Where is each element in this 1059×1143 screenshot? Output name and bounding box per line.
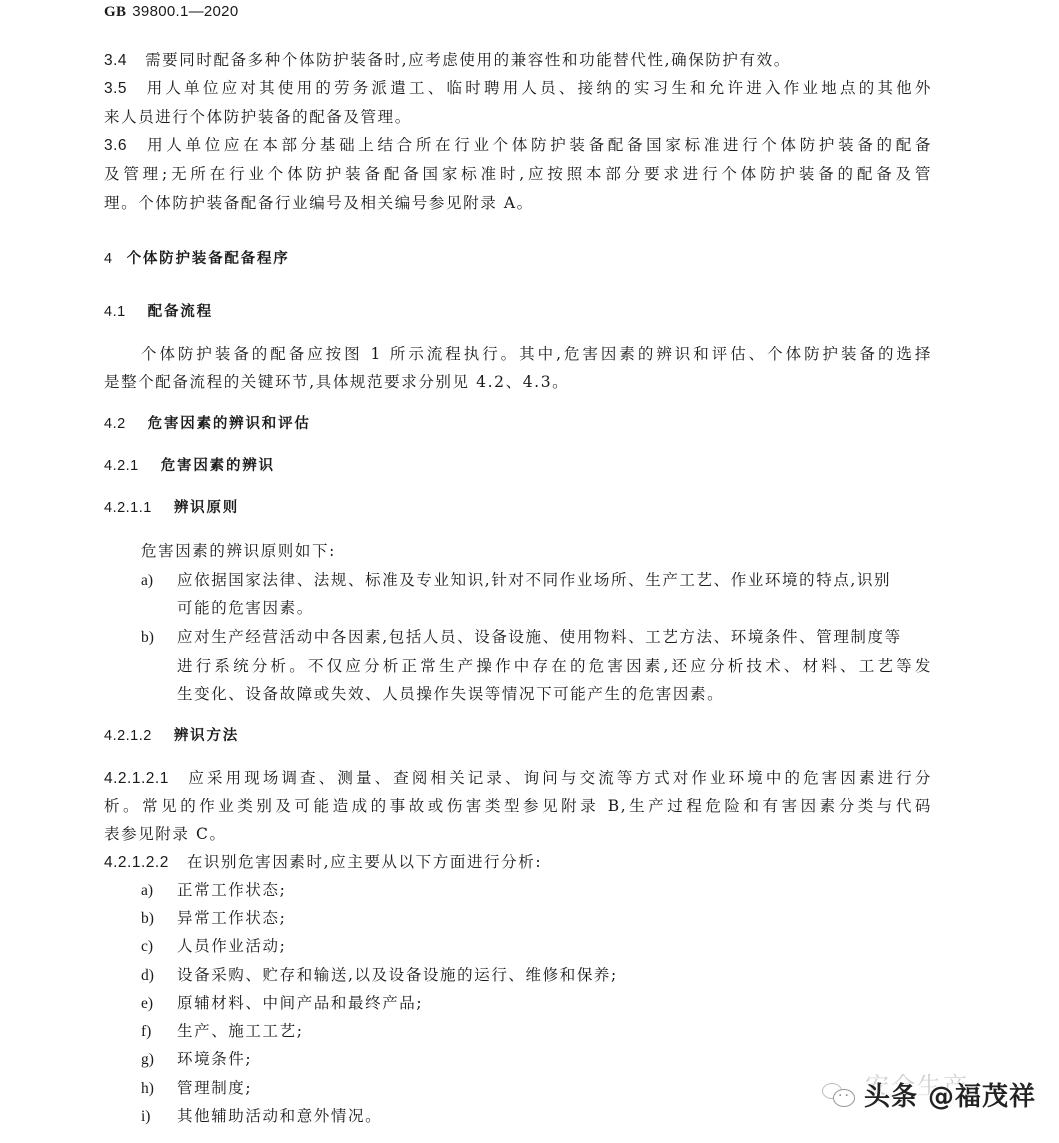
heading-number: 4.2.1 — [104, 456, 139, 476]
standard-prefix: GB — [104, 4, 126, 20]
item-text: 设备采购、贮存和输送,以及设备设施的运行、维修和保养; — [177, 966, 618, 984]
item-text: 其他辅助活动和意外情况。 — [177, 1107, 382, 1125]
heading-title: 辨识原则 — [174, 500, 239, 516]
item-label: a) — [141, 571, 177, 591]
clause-text: 应采用现场调查、测量、查阅相关记录、询问与交流等方式对作业环境中的危害因素进行分 — [187, 769, 932, 787]
heading-number: 4 — [104, 249, 113, 269]
principle-item-a-cont: 可能的危害因素。 — [177, 598, 932, 618]
analysis-item-b: b)异常工作状态; — [141, 908, 981, 929]
heading-title: 配备流程 — [148, 304, 213, 320]
item-text: 原辅材料、中间产品和最终产品; — [177, 994, 423, 1012]
clause-4-2-1-2-2: 4.2.1.2.2在识别危害因素时,应主要从以下方面进行分析: — [104, 852, 944, 873]
item-text: 生产、施工工艺; — [177, 1022, 304, 1040]
item-label: b) — [141, 628, 177, 648]
item-text: 管理制度; — [177, 1079, 252, 1097]
principles-intro: 危害因素的辨识原则如下: — [141, 541, 981, 561]
clause-4-2-1-2-1-cont-1: 析。常见的作业类别及可能造成的事故或伤害类型参见附录 B,生产过程危险和有害因素… — [104, 796, 932, 816]
clause-text: 需要同时配备多种个体防护装备时,应考虑使用的兼容性和功能替代性,确保防护有效。 — [145, 51, 791, 69]
clause-3-4: 3.4需要同时配备多种个体防护装备时,应考虑使用的兼容性和功能替代性,确保防护有… — [104, 50, 944, 71]
heading-section-4-1: 4.1配备流程 — [104, 302, 944, 322]
heading-title: 辨识方法 — [174, 728, 239, 744]
watermark: 头条 @福茂祥 — [820, 1076, 1036, 1113]
analysis-item-a: a)正常工作状态; — [141, 880, 981, 901]
heading-title: 危害因素的辨识和评估 — [148, 416, 311, 432]
clause-3-6-cont-1: 及管理;无所在行业个体防护装备配备国家标准时,应按照本部分要求进行个体防护装备的… — [104, 164, 932, 184]
heading-section-4-2-1-2: 4.2.1.2辨识方法 — [104, 726, 944, 746]
heading-number: 4.1 — [104, 302, 126, 322]
heading-number: 4.2.1.1 — [104, 498, 152, 518]
item-label: d) — [141, 966, 177, 986]
analysis-item-f: f)生产、施工工艺; — [141, 1021, 981, 1042]
item-text: 正常工作状态; — [177, 881, 286, 899]
item-text: 人员作业活动; — [177, 937, 286, 955]
clause-number: 3.4 — [104, 51, 127, 71]
item-text: 环境条件; — [177, 1050, 252, 1068]
standard-number: 39800.1—2020 — [132, 3, 238, 20]
clause-text: 在识别危害因素时,应主要从以下方面进行分析: — [187, 853, 542, 871]
heading-section-4-2: 4.2危害因素的辨识和评估 — [104, 414, 944, 434]
clause-number: 4.2.1.2.2 — [104, 853, 169, 873]
clause-4-2-1-2-1: 4.2.1.2.1应采用现场调查、测量、查阅相关记录、询问与交流等方式对作业环境… — [104, 768, 932, 789]
analysis-item-g: g)环境条件; — [141, 1049, 981, 1070]
item-label: h) — [141, 1079, 177, 1099]
clause-number: 3.5 — [104, 79, 127, 99]
section-4-1-paragraph-2: 是整个配备流程的关键环节,具体规范要求分别见 4.2、4.3。 — [104, 372, 944, 392]
heading-number: 4.2.1.2 — [104, 726, 152, 746]
clause-3-6: 3.6用人单位应在本部分基础上结合所在行业个体防护装备配备国家标准进行个体防护装… — [104, 135, 932, 156]
clause-3-6-cont-2: 理。个体防护装备配备行业编号及相关编号参见附录 A。 — [104, 193, 944, 213]
clause-number: 4.2.1.2.1 — [104, 769, 169, 789]
item-label: b) — [141, 909, 177, 929]
document-page: GB39800.1—2020 3.4需要同时配备多种个体防护装备时,应考虑使用的… — [0, 0, 1059, 1143]
item-label: g) — [141, 1050, 177, 1070]
principle-item-a: a)应依据国家法律、法规、标准及专业知识,针对不同作业场所、生产工艺、作业环境的… — [141, 570, 932, 591]
watermark-text: 头条 @福茂祥 — [864, 1076, 1036, 1113]
principle-item-b-cont-1: 进行系统分析。不仅应分析正常生产操作中存在的危害因素,还应分析技术、材料、工艺等… — [177, 656, 932, 676]
analysis-item-e: e)原辅材料、中间产品和最终产品; — [141, 993, 981, 1014]
clause-number: 3.6 — [104, 136, 127, 156]
clause-3-5: 3.5用人单位应对其使用的劳务派遣工、临时聘用人员、接纳的实习生和允许进入作业地… — [104, 78, 932, 99]
item-label: f) — [141, 1022, 177, 1042]
wechat-icon — [820, 1081, 856, 1109]
heading-title: 危害因素的辨识 — [161, 458, 275, 474]
item-label: i) — [141, 1107, 177, 1127]
heading-section-4: 4个体防护装备配备程序 — [104, 249, 944, 269]
clause-4-2-1-2-1-cont-2: 表参见附录 C。 — [104, 824, 944, 844]
heading-title: 个体防护装备配备程序 — [127, 251, 290, 267]
clause-text: 用人单位应对其使用的劳务派遣工、临时聘用人员、接纳的实习生和允许进入作业地点的其… — [145, 79, 932, 97]
section-4-1-paragraph-1: 个体防护装备的配备应按图 1 所示流程执行。其中,危害因素的辨识和评估、个体防护… — [141, 344, 932, 364]
item-label: e) — [141, 994, 177, 1014]
clause-text: 用人单位应在本部分基础上结合所在行业个体防护装备配备国家标准进行个体防护装备的配… — [145, 136, 932, 154]
page-header: GB39800.1—2020 — [104, 2, 238, 22]
heading-section-4-2-1-1: 4.2.1.1辨识原则 — [104, 498, 944, 518]
principle-item-b-cont-2: 生变化、设备故障或失效、人员操作失误等情况下可能产生的危害因素。 — [177, 684, 932, 704]
analysis-item-d: d)设备采购、贮存和输送,以及设备设施的运行、维修和保养; — [141, 965, 981, 986]
heading-number: 4.2 — [104, 414, 126, 434]
heading-section-4-2-1: 4.2.1危害因素的辨识 — [104, 456, 944, 476]
analysis-item-c: c)人员作业活动; — [141, 936, 981, 957]
item-text: 应依据国家法律、法规、标准及专业知识,针对不同作业场所、生产工艺、作业环境的特点… — [177, 571, 891, 589]
item-text: 异常工作状态; — [177, 909, 286, 927]
item-label: a) — [141, 881, 177, 901]
item-label: c) — [141, 937, 177, 957]
clause-3-5-cont: 来人员进行个体防护装备的配备及管理。 — [104, 107, 944, 127]
principle-item-b: b)应对生产经营活动中各因素,包括人员、设备设施、使用物料、工艺方法、环境条件、… — [141, 627, 932, 648]
item-text: 应对生产经营活动中各因素,包括人员、设备设施、使用物料、工艺方法、环境条件、管理… — [177, 628, 902, 646]
